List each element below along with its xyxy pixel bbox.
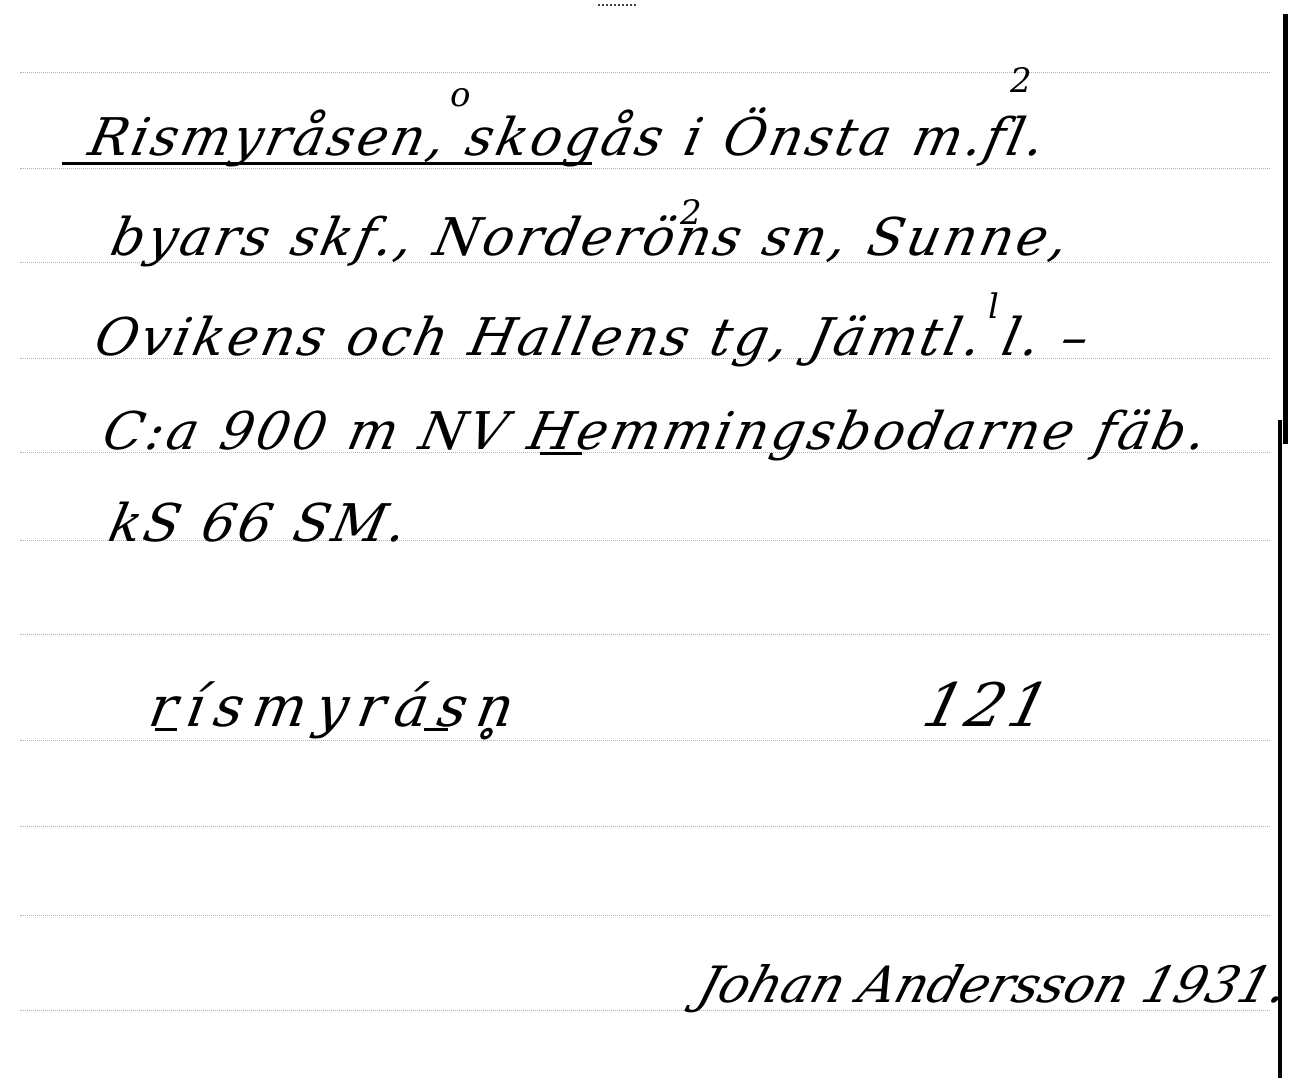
record-number: 121 xyxy=(918,676,1059,736)
entry-line-1: Rismyråsen, skogås i Önsta m.fl. xyxy=(84,112,1052,164)
scan-mark xyxy=(598,4,636,6)
collector-signature: Johan Andersson 1931. xyxy=(693,960,1294,1010)
phonetic-transcription: rísmyrásn̥ xyxy=(145,680,528,736)
index-card: o 2 2 l Rismyråsen, skogås i Önsta m.fl.… xyxy=(0,0,1295,1078)
ruling-line xyxy=(20,72,1270,73)
ruling-line xyxy=(20,826,1270,827)
superscript-mark: 2 xyxy=(1010,64,1032,98)
ruling-line xyxy=(20,168,1270,169)
entry-line-3: Ovikens och Hallens tg, Jämtl. l. – xyxy=(90,312,1096,364)
entry-line-5: kS 66 SM. xyxy=(104,498,414,550)
entry-line-4: C:a 900 m NV Hemmingsbodarne fäb. xyxy=(98,406,1214,458)
ruling-line xyxy=(20,740,1270,741)
ruling-line xyxy=(20,634,1270,635)
ruling-line xyxy=(20,915,1270,916)
headword-underline xyxy=(62,162,592,165)
signature-year: 1931. xyxy=(1135,956,1295,1014)
signature-name: Johan Andersson xyxy=(692,956,1136,1014)
card-edge xyxy=(1283,14,1288,444)
letter-underline xyxy=(540,452,582,455)
phonetic-underline xyxy=(155,728,177,731)
entry-line-2: byars skf., Norderöns sn, Sunne, xyxy=(106,212,1075,264)
superscript-mark: o xyxy=(450,78,470,112)
phonetic-underline xyxy=(424,728,448,731)
